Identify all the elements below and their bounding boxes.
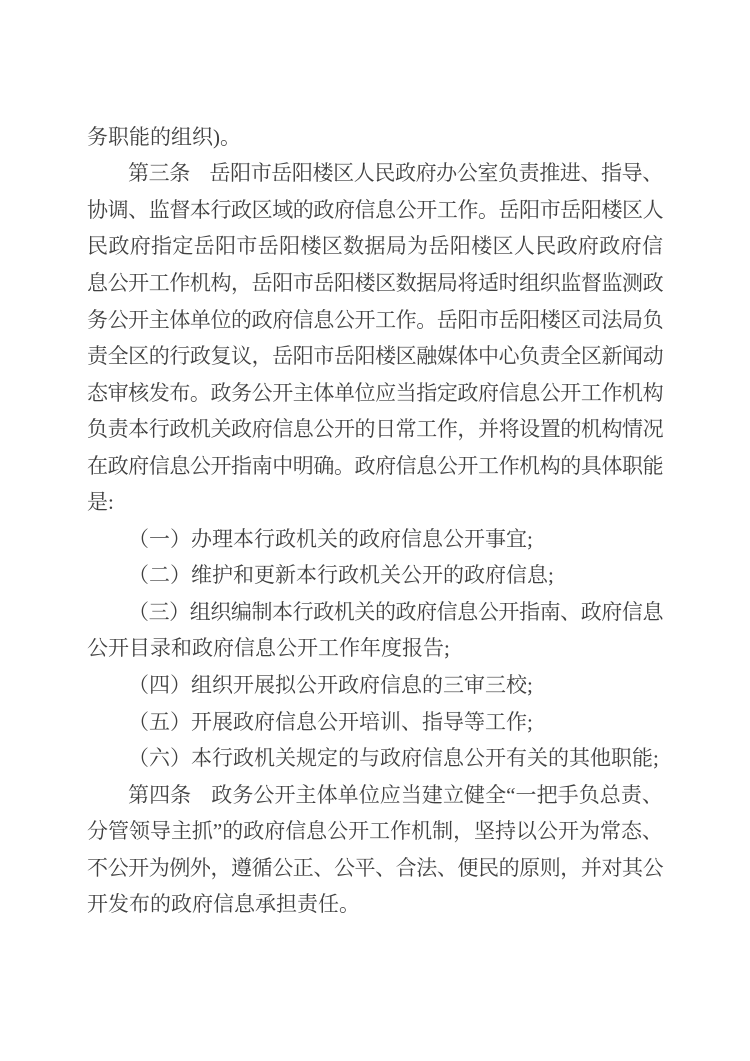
glyph: 机: [581, 419, 602, 440]
glyph: 岳: [313, 273, 334, 294]
glyph: 导: [622, 163, 643, 184]
glyph: 全: [108, 346, 129, 367]
glyph: （: [128, 675, 149, 696]
glyph: 确: [313, 456, 334, 477]
glyph: 公: [537, 821, 558, 842]
glyph: 政: [169, 419, 190, 440]
glyph: 信: [234, 638, 255, 659]
glyph: 工: [437, 200, 458, 221]
text-line: 民政府指定岳阳市岳阳楼区数据局为岳阳楼区人民政府政府信: [87, 229, 663, 266]
glyph: 信: [149, 456, 170, 477]
glyph: 区: [560, 310, 581, 331]
glyph: 组: [171, 127, 192, 148]
glyph: 府: [264, 821, 285, 842]
glyph: 府: [485, 565, 506, 586]
glyph: 构: [601, 419, 622, 440]
glyph: 四: [149, 785, 170, 806]
glyph: 、: [580, 163, 601, 184]
glyph: 信: [642, 236, 663, 257]
glyph: 息: [313, 310, 334, 331]
glyph: ;: [653, 748, 659, 769]
glyph: 调: [108, 200, 129, 221]
glyph: 定: [317, 748, 338, 769]
glyph: 作: [169, 273, 190, 294]
glyph: 开: [128, 858, 149, 879]
glyph: 测: [622, 273, 643, 294]
glyph: 遵: [231, 858, 252, 879]
glyph: 布: [129, 894, 150, 915]
glyph: 设: [519, 419, 540, 440]
glyph: 公: [190, 456, 211, 477]
glyph: 政: [210, 383, 231, 404]
glyph: 指: [601, 163, 622, 184]
glyph: 条: [170, 785, 191, 806]
glyph: 平: [355, 858, 376, 879]
glyph: 信: [506, 565, 527, 586]
glyph: 核: [128, 383, 149, 404]
glyph: 单: [334, 383, 355, 404]
text-line: （一）办理本行政机关的政府信息公开事宜;: [87, 521, 663, 558]
glyph: 日: [375, 419, 396, 440]
glyph: 人: [643, 200, 664, 221]
glyph: 公: [401, 565, 422, 586]
glyph: 民: [478, 858, 499, 879]
glyph: 。: [416, 310, 437, 331]
glyph: 任: [318, 894, 339, 915]
glyph: 宜: [506, 529, 527, 550]
glyph: 三: [149, 163, 170, 184]
glyph: 开: [485, 748, 506, 769]
glyph: 领: [129, 821, 150, 842]
glyph: 为: [149, 858, 170, 879]
glyph: 外: [190, 858, 211, 879]
glyph: 政: [359, 529, 380, 550]
glyph: 信: [275, 712, 296, 733]
glyph: 新: [601, 346, 622, 367]
glyph: 正: [293, 858, 314, 879]
glyph: 本: [191, 748, 212, 769]
glyph: 公: [464, 748, 485, 769]
glyph: 全: [560, 346, 581, 367]
glyph: 负: [579, 785, 600, 806]
glyph: 政: [108, 456, 129, 477]
glyph: 事: [485, 529, 506, 550]
glyph: 中: [272, 456, 293, 477]
glyph: 负: [519, 346, 540, 367]
glyph: 工: [485, 712, 506, 733]
glyph: 新: [275, 565, 296, 586]
glyph: 阳: [355, 346, 376, 367]
glyph: 区: [622, 200, 643, 221]
glyph: 。: [334, 456, 355, 477]
glyph: 公: [478, 602, 499, 623]
glyph: 把: [537, 785, 558, 806]
glyph: ;: [444, 638, 450, 659]
glyph: 办: [191, 529, 212, 550]
glyph: 位: [359, 785, 380, 806]
text-line: 协调、监督本行政区域的政府信息公开工作。岳阳市岳阳楼区人: [87, 192, 663, 229]
glyph: 政: [231, 200, 252, 221]
glyph: ，: [231, 273, 252, 294]
glyph: 指: [151, 236, 172, 257]
document-text-block: 务职能的组织)。第三条岳阳市岳阳楼区人民政府办公室负责推进、指导、协调、监督本行…: [87, 119, 663, 923]
glyph: 行: [254, 529, 275, 550]
glyph: 审: [108, 383, 129, 404]
glyph: 立: [443, 785, 464, 806]
glyph: ）: [169, 602, 190, 623]
glyph: ;: [548, 565, 554, 586]
glyph: 据: [416, 273, 437, 294]
glyph: 据: [364, 236, 385, 257]
glyph: 务: [231, 383, 252, 404]
glyph: 构: [210, 273, 231, 294]
glyph: 司: [581, 310, 602, 331]
glyph: 务: [87, 310, 108, 331]
glyph: 机: [254, 748, 275, 769]
glyph: 展: [212, 712, 233, 733]
glyph: 开: [457, 456, 478, 477]
glyph: 的: [443, 565, 464, 586]
glyph: 局: [386, 236, 407, 257]
glyph: 政: [338, 675, 359, 696]
glyph: 复: [210, 346, 231, 367]
glyph: 息: [457, 602, 478, 623]
glyph: 构: [643, 383, 664, 404]
glyph: 府: [192, 894, 213, 915]
glyph: 政: [581, 602, 602, 623]
glyph: 府: [359, 675, 380, 696]
glyph: 、: [128, 200, 149, 221]
glyph: 心: [499, 346, 520, 367]
glyph: 息: [527, 565, 548, 586]
glyph: 公: [443, 529, 464, 550]
glyph: 府: [621, 236, 642, 257]
glyph: 其: [569, 748, 590, 769]
glyph: 一: [516, 785, 537, 806]
glyph: 本: [272, 602, 293, 623]
glyph: 区: [396, 346, 417, 367]
glyph: 关: [354, 602, 375, 623]
glyph: 规: [296, 748, 317, 769]
glyph: 作: [396, 310, 417, 331]
glyph: 监: [149, 200, 170, 221]
glyph: 责: [621, 785, 642, 806]
glyph: 区: [322, 236, 343, 257]
glyph: 、: [642, 821, 663, 842]
glyph: 适: [478, 273, 499, 294]
glyph: 责: [540, 346, 561, 367]
glyph: 信: [437, 602, 458, 623]
glyph: 本: [128, 419, 149, 440]
glyph: 导: [443, 712, 464, 733]
glyph: 织: [192, 127, 213, 148]
glyph: 开: [355, 310, 376, 331]
glyph: 的: [231, 310, 252, 331]
glyph: 楼: [355, 273, 376, 294]
glyph: 信: [285, 821, 306, 842]
glyph: 区: [581, 346, 602, 367]
glyph: 息: [422, 529, 443, 550]
glyph: 公: [313, 419, 334, 440]
glyph: 府: [401, 748, 422, 769]
glyph: 楼: [540, 310, 561, 331]
glyph: ，: [560, 858, 581, 879]
glyph: 府: [213, 638, 234, 659]
glyph: 开: [87, 894, 108, 915]
glyph: 信: [213, 894, 234, 915]
glyph: 体: [313, 383, 334, 404]
glyph: 情: [622, 419, 643, 440]
glyph: 作: [601, 383, 622, 404]
glyph: 息: [642, 602, 663, 623]
glyph: 岳: [499, 310, 520, 331]
glyph: 本: [296, 565, 317, 586]
glyph: 政: [395, 163, 416, 184]
glyph: 坚: [474, 821, 495, 842]
glyph: 公: [334, 858, 355, 879]
glyph: 府: [380, 529, 401, 550]
glyph: ，: [210, 858, 231, 879]
glyph: 动: [643, 346, 664, 367]
glyph: 公: [396, 200, 417, 221]
glyph: 关: [210, 419, 231, 440]
glyph: 局: [622, 310, 643, 331]
glyph: 报: [402, 638, 423, 659]
text-line: 务公开主体单位的政府信息公开工作。岳阳市岳阳楼区司法局负: [87, 302, 663, 339]
glyph: 公: [334, 310, 355, 331]
glyph: ，: [457, 419, 478, 440]
glyph: 闻: [622, 346, 643, 367]
glyph: 开: [416, 200, 437, 221]
glyph: 行: [293, 602, 314, 623]
glyph: 楼: [471, 236, 492, 257]
glyph: 政: [252, 310, 273, 331]
glyph: 进: [560, 163, 581, 184]
glyph: 阳: [292, 163, 313, 184]
glyph: 导: [150, 821, 171, 842]
glyph: 区: [375, 273, 396, 294]
glyph: 度: [381, 638, 402, 659]
glyph: （: [128, 712, 149, 733]
glyph: 定: [437, 383, 458, 404]
glyph: 。: [339, 894, 360, 915]
glyph: （: [128, 565, 149, 586]
glyph: 政: [192, 638, 213, 659]
glyph: 府: [478, 383, 499, 404]
glyph: 责: [87, 346, 108, 367]
glyph: 的: [499, 858, 520, 879]
glyph: 岳: [209, 163, 230, 184]
glyph: 目: [129, 638, 150, 659]
glyph: 制: [432, 821, 453, 842]
glyph: 公: [108, 273, 129, 294]
glyph: 数: [343, 236, 364, 257]
glyph: 机: [519, 456, 540, 477]
glyph: 明: [293, 456, 314, 477]
glyph: 责: [108, 419, 129, 440]
glyph: 法: [601, 310, 622, 331]
glyph: 工: [149, 273, 170, 294]
glyph: 的: [149, 346, 170, 367]
glyph: 公: [327, 821, 348, 842]
glyph: 监: [560, 273, 581, 294]
glyph: 指: [422, 712, 443, 733]
glyph: 管: [108, 821, 129, 842]
glyph: 阳: [230, 163, 251, 184]
glyph: 岳: [258, 236, 279, 257]
glyph: 政: [557, 236, 578, 257]
glyph: 息: [87, 273, 108, 294]
glyph: 作: [339, 638, 360, 659]
glyph: 手: [558, 785, 579, 806]
glyph: 。: [478, 200, 499, 221]
text-line: （六）本行政机关规定的与政府信息公开有关的其他职能;: [87, 740, 663, 777]
glyph: 开: [498, 602, 519, 623]
glyph: 机: [334, 602, 355, 623]
glyph: 南: [540, 602, 561, 623]
glyph: 五: [149, 712, 170, 733]
glyph: 行: [169, 346, 190, 367]
glyph: 岳: [271, 163, 292, 184]
glyph: （: [128, 602, 149, 623]
glyph: 开: [191, 712, 212, 733]
glyph: 与: [359, 748, 380, 769]
glyph: 构: [540, 456, 561, 477]
glyph: 并: [581, 858, 602, 879]
glyph: 例: [169, 858, 190, 879]
glyph: 的: [560, 456, 581, 477]
glyph: 阳: [457, 310, 478, 331]
glyph: 域: [272, 200, 293, 221]
text-line: 不公开为例外，遵循公正、公平、合法、便民的原则，并对其公: [87, 850, 663, 887]
glyph: ;: [527, 529, 533, 550]
glyph: 阳: [519, 200, 540, 221]
glyph: 市: [540, 200, 561, 221]
glyph: 府: [252, 419, 273, 440]
glyph: 组: [519, 273, 540, 294]
glyph: 发: [108, 894, 129, 915]
glyph: 对: [601, 858, 622, 879]
glyph: 阳: [272, 273, 293, 294]
glyph: 府: [416, 602, 437, 623]
glyph: ）: [170, 712, 191, 733]
glyph: 公: [457, 163, 478, 184]
glyph: 定: [172, 236, 193, 257]
glyph: 岳: [252, 273, 273, 294]
glyph: 将: [457, 273, 478, 294]
text-line: 分管领导主抓”的政府信息公开工作机制，坚持以公开为常态、: [87, 813, 663, 850]
glyph: 一: [149, 529, 170, 550]
glyph: 公: [272, 858, 293, 879]
glyph: 公: [252, 383, 273, 404]
glyph: 开: [272, 383, 293, 404]
glyph: 持: [495, 821, 516, 842]
glyph: 将: [499, 419, 520, 440]
glyph: 负: [87, 419, 108, 440]
text-line: 态审核发布。政务公开主体单位应当指定政府信息公开工作机构: [87, 375, 663, 412]
glyph: 室: [477, 163, 498, 184]
glyph: 能: [129, 127, 150, 148]
glyph: ”: [213, 821, 222, 842]
glyph: 作: [437, 419, 458, 440]
glyph: 年: [360, 638, 381, 659]
glyph: 、: [642, 163, 663, 184]
glyph: 工: [318, 638, 339, 659]
glyph: 信: [499, 383, 520, 404]
glyph: 息: [443, 748, 464, 769]
glyph: 体: [169, 310, 190, 331]
text-line: 负责本行政机关政府信息公开的日常工作，并将设置的机构情况: [87, 411, 663, 448]
glyph: 工: [478, 456, 499, 477]
glyph: 体: [601, 456, 622, 477]
glyph: 信: [622, 602, 643, 623]
glyph: 的: [548, 748, 569, 769]
glyph: 开: [108, 638, 129, 659]
glyph: 民: [374, 163, 395, 184]
glyph: 常: [600, 821, 621, 842]
glyph: 公: [296, 675, 317, 696]
glyph: 府: [254, 712, 275, 733]
glyph: 政: [313, 200, 334, 221]
glyph: 的: [222, 821, 243, 842]
glyph: 市: [236, 236, 257, 257]
glyph: 负: [498, 163, 519, 184]
glyph: 分: [87, 821, 108, 842]
glyph: 态: [87, 383, 108, 404]
glyph: 信: [272, 419, 293, 440]
glyph: 政: [380, 748, 401, 769]
glyph: 循: [252, 858, 273, 879]
glyph: 行: [149, 419, 170, 440]
glyph: 态: [621, 821, 642, 842]
glyph: ）: [170, 529, 191, 550]
glyph: 时: [499, 273, 520, 294]
glyph: 信: [293, 310, 314, 331]
glyph: 府: [130, 236, 151, 257]
glyph: 合: [396, 858, 417, 879]
glyph: 等: [464, 712, 485, 733]
glyph: 总: [600, 785, 621, 806]
glyph: 具: [581, 456, 602, 477]
glyph: 的: [422, 675, 443, 696]
glyph: 府: [578, 236, 599, 257]
glyph: 为: [579, 821, 600, 842]
glyph: 协: [87, 200, 108, 221]
glyph: 三: [149, 602, 170, 623]
glyph: 公: [108, 858, 129, 879]
glyph: 主: [149, 310, 170, 331]
glyph: 楼: [601, 200, 622, 221]
glyph: 主: [171, 821, 192, 842]
glyph: 审: [464, 675, 485, 696]
glyph: 推: [539, 163, 560, 184]
glyph: 作: [499, 456, 520, 477]
glyph: 训: [380, 712, 401, 733]
glyph: 护: [212, 565, 233, 586]
glyph: 二: [149, 565, 170, 586]
glyph: 常: [396, 419, 417, 440]
glyph: 原: [519, 858, 540, 879]
glyph: 息: [519, 383, 540, 404]
glyph: 职: [108, 127, 129, 148]
glyph: 公: [87, 638, 108, 659]
glyph: ）: [170, 748, 191, 769]
glyph: 数: [396, 273, 417, 294]
glyph: 政: [275, 529, 296, 550]
glyph: 务: [87, 127, 108, 148]
glyph: 校: [506, 675, 527, 696]
glyph: 南: [252, 456, 273, 477]
